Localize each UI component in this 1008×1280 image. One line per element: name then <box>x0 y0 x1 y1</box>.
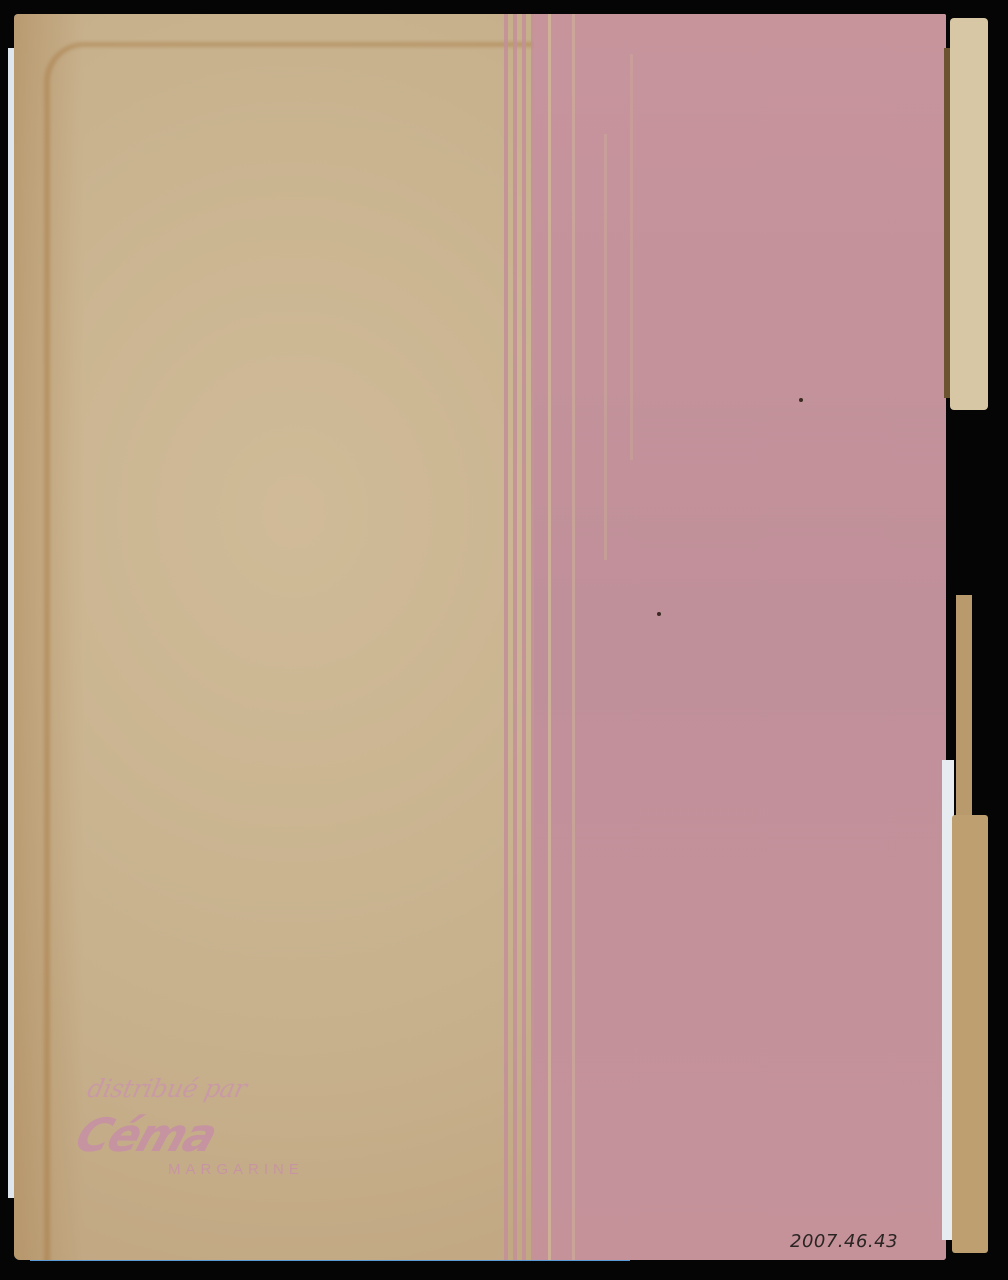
brush-stroke <box>604 134 607 560</box>
brush-stroke <box>548 14 551 1260</box>
product-text: MARGARINE <box>168 1161 304 1178</box>
accession-number: 2007.46.43 <box>790 1231 898 1252</box>
distributed-by-text: distribué par <box>85 1074 249 1103</box>
brush-stroke <box>630 54 633 460</box>
torn-spine-strip <box>956 595 972 825</box>
paper-speck <box>657 612 661 616</box>
pink-panel <box>534 14 946 1260</box>
paper-speck <box>799 398 803 402</box>
torn-spine-upper <box>950 18 988 410</box>
brush-stroke <box>572 14 575 1260</box>
brand-logo-text: Céma <box>69 1108 222 1162</box>
torn-spine-lower <box>952 815 988 1253</box>
